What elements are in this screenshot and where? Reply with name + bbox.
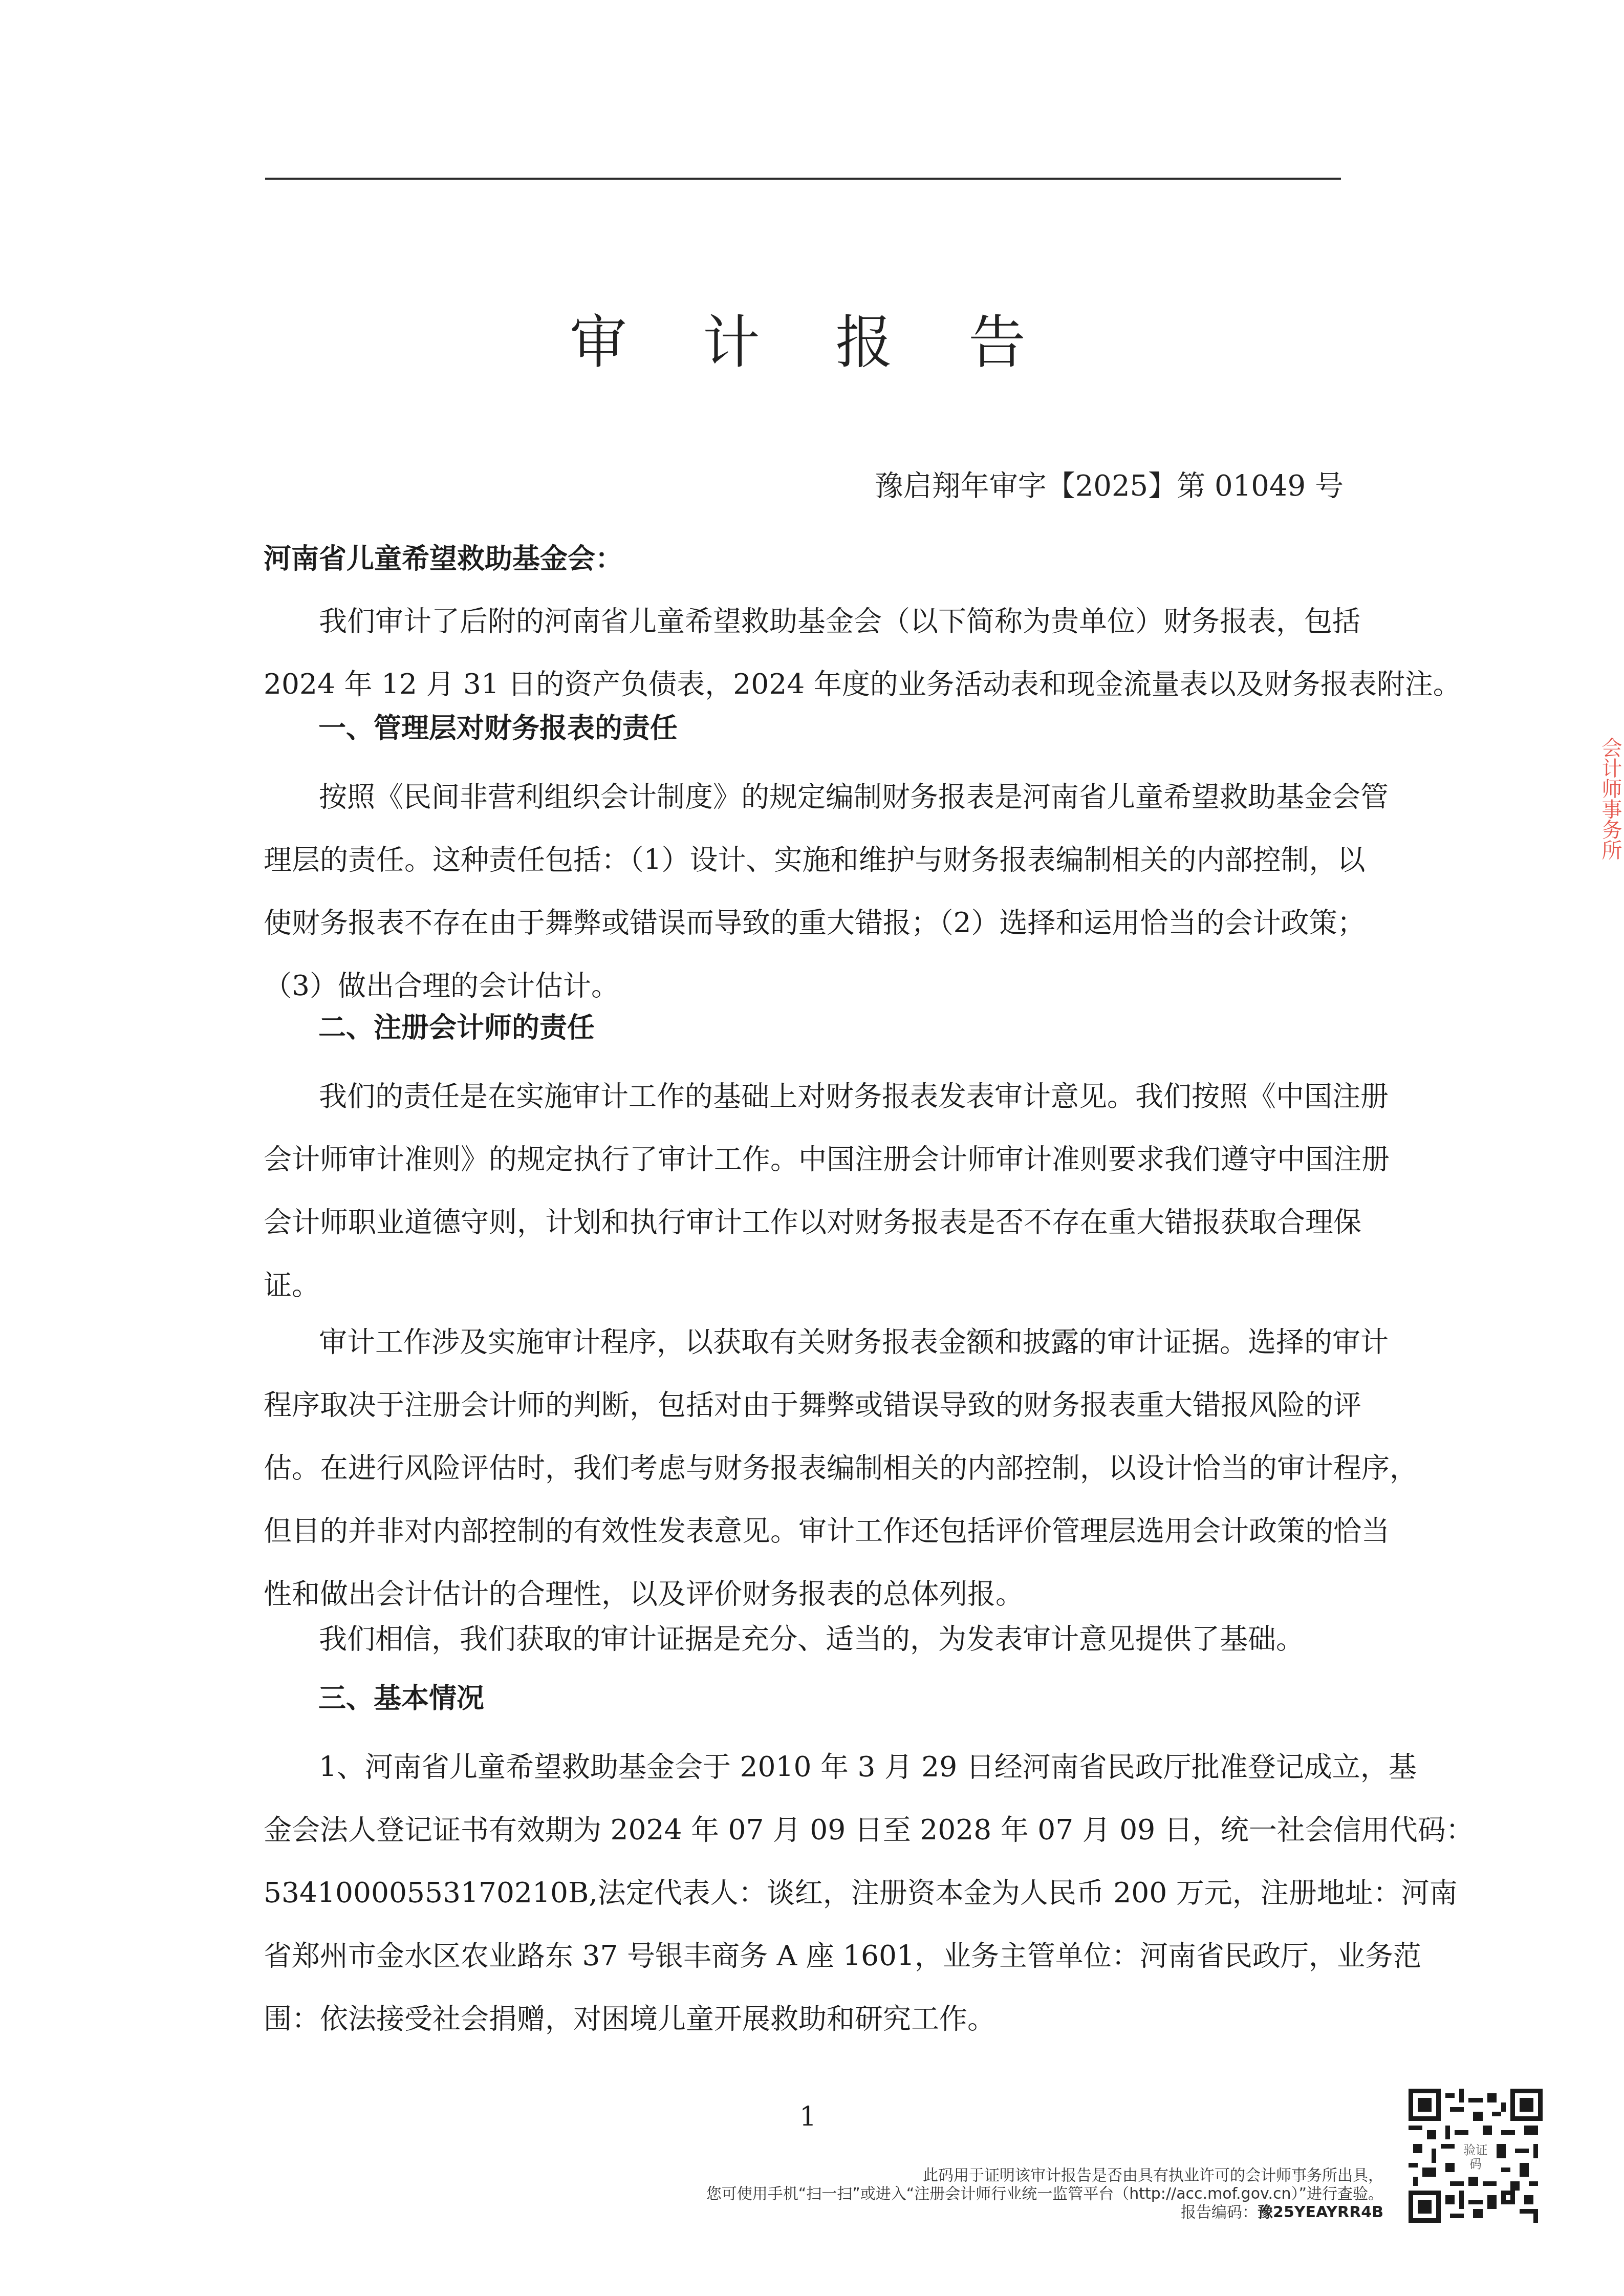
addressee: 河南省儿童希望救助基金会： (264, 527, 1342, 590)
text-line: 1、河南省儿童希望救助基金会于 2010 年 3 月 29 日经河南省民政厅批准… (264, 1735, 1342, 1798)
svg-text:验证: 验证 (1464, 2143, 1488, 2157)
text-line: 53410000553170210B,法定代表人：谈红，注册资本金为人民币 20… (264, 1861, 1342, 1924)
text-line: 会计师审计准则》的规定执行了审计工作。中国注册会计师审计准则要求我们遵守中国注册 (264, 1128, 1342, 1191)
text-line: 金会法人登记证书有效期为 2024 年 07 月 09 日至 2028 年 07… (264, 1798, 1342, 1861)
header-rule (265, 178, 1341, 180)
text-line: 省郑州市金水区农业路东 37 号银丰商务 A 座 1601，业务主管单位：河南省… (264, 1924, 1342, 1987)
section-management-paragraph: 按照《民间非营利组织会计制度》的规定编制财务报表是河南省儿童希望救助基金会管 理… (264, 765, 1342, 1017)
page-number: 1 (799, 2101, 816, 2132)
text-line: 估。在进行风险评估时，我们考虑与财务报表编制相关的内部控制，以设计恰当的审计程序… (264, 1436, 1342, 1499)
text-line: 使财务报表不存在由于舞弊或错误而导致的重大错报；（2）选择和运用恰当的会计政策； (264, 891, 1342, 954)
text-line: 证。 (264, 1254, 1342, 1317)
reference-number: 豫启翔年审字【2025】第 01049 号 (875, 463, 1344, 504)
verification-line-1: 此码用于证明该审计报告是否由具有执业许可的会计师事务所出具， (706, 2166, 1383, 2185)
report-code: 报告编码：豫25YEAYRR4B (706, 2203, 1383, 2222)
intro-paragraph: 我们审计了后附的河南省儿童希望救助基金会（以下简称为贵单位）财务报表，包括 20… (264, 590, 1342, 716)
section-heading-management: 一、管理层对财务报表的责任 (318, 706, 678, 746)
text-line: 但目的并非对内部控制的有效性发表意见。审计工作还包括评价管理层选用会计政策的恰当 (264, 1499, 1342, 1562)
section-basic-info-paragraph: 1、河南省儿童希望救助基金会于 2010 年 3 月 29 日经河南省民政厅批准… (264, 1735, 1342, 2050)
verification-qr-code-icon[interactable]: 验证 码 (1409, 2089, 1543, 2223)
text-line: 按照《民间非营利组织会计制度》的规定编制财务报表是河南省儿童希望救助基金会管 (264, 765, 1342, 828)
text-line: 我们的责任是在实施审计工作的基础上对财务报表发表审计意见。我们按照《中国注册 (264, 1065, 1342, 1128)
text-line: 会计师职业道德守则，计划和执行审计工作以对财务报表是否不存在重大错报获取合理保 (264, 1191, 1342, 1254)
section-auditor-paragraph-1: 我们的责任是在实施审计工作的基础上对财务报表发表审计意见。我们按照《中国注册 会… (264, 1065, 1342, 1317)
section-heading-basic-info: 三、基本情况 (318, 1677, 484, 1716)
seal-stamp-icon: 会计师事务所 (1592, 737, 1624, 1014)
verification-notice: 此码用于证明该审计报告是否由具有执业许可的会计师事务所出具， 您可使用手机“扫一… (706, 2166, 1383, 2222)
text-line: 程序取决于注册会计师的判断，包括对由于舞弊或错误导致的财务报表重大错报风险的评 (264, 1374, 1342, 1436)
section-heading-auditor: 二、注册会计师的责任 (318, 1006, 595, 1045)
text-line: 理层的责任。这种责任包括：（1）设计、实施和维护与财务报表编制相关的内部控制，以 (264, 828, 1342, 891)
text-line: 我们相信，我们获取的审计证据是充分、适当的，为发表审计意见提供了基础。 (264, 1607, 1342, 1670)
text-line: 审计工作涉及实施审计程序，以获取有关财务报表金额和披露的审计证据。选择的审计 (264, 1311, 1342, 1374)
report-code-value: 豫25YEAYRR4B (1258, 2203, 1383, 2221)
report-code-label: 报告编码： (1181, 2203, 1258, 2221)
section-auditor-paragraph-2: 审计工作涉及实施审计程序，以获取有关财务报表金额和披露的审计证据。选择的审计 程… (264, 1311, 1342, 1625)
svg-text:码: 码 (1469, 2157, 1481, 2171)
page-title: 审 计 报 告 (0, 297, 1624, 379)
text-line: 围：依法接受社会捐赠，对困境儿童开展救助和研究工作。 (264, 1987, 1342, 2050)
section-auditor-paragraph-3: 我们相信，我们获取的审计证据是充分、适当的，为发表审计意见提供了基础。 (264, 1607, 1342, 1670)
verification-line-2: 您可使用手机“扫一扫”或进入“注册会计师行业统一监管平台（http://acc.… (706, 2185, 1383, 2203)
text-line: 我们审计了后附的河南省儿童希望救助基金会（以下简称为贵单位）财务报表，包括 (264, 590, 1342, 653)
